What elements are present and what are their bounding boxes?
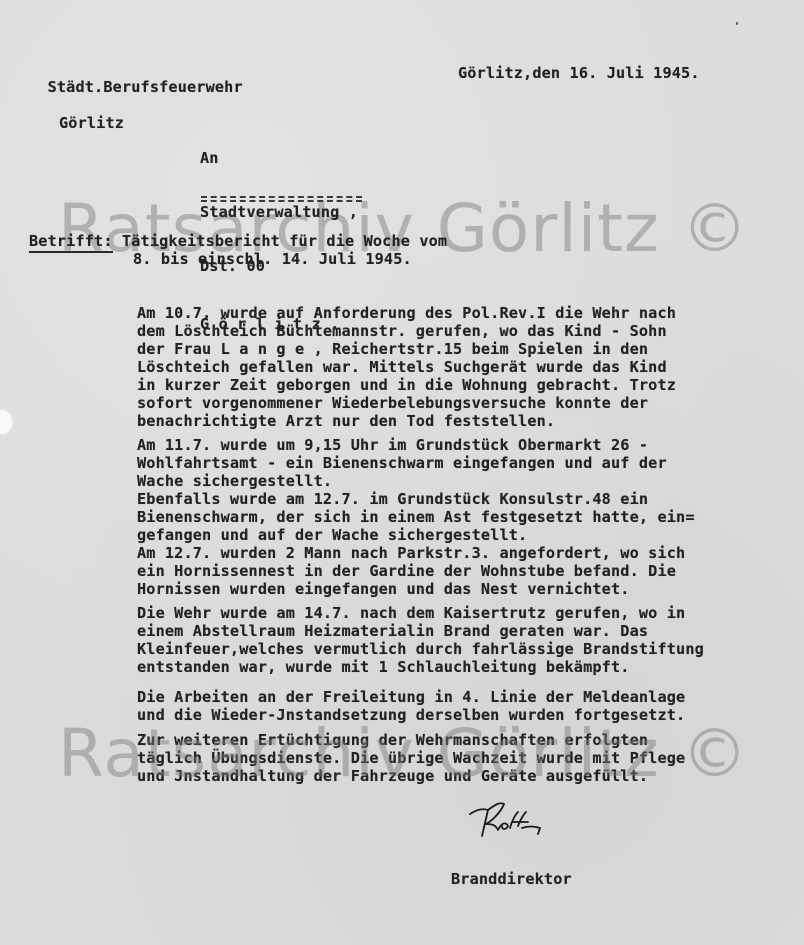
paragraph-line: Am 12.7. wurden 2 Mann nach Parkstr.3. a…	[137, 544, 695, 562]
paragraph-line: täglich Übungsdienste. Die übrige Wachze…	[137, 749, 685, 767]
paragraph-line: und Jnstandhaltung der Fahrzeuge und Ger…	[137, 767, 685, 785]
recipient-name: Stadtverwaltung ,	[200, 203, 358, 221]
paragraph-line: Die Wehr wurde am 14.7. nach dem Kaisert…	[137, 604, 704, 622]
recipient-salutation: An	[200, 149, 358, 167]
paper-speck	[736, 22, 738, 25]
paragraph-line: entstanden war, wurde mit 1 Schlauchleit…	[137, 658, 704, 676]
paragraph-line: Wohlfahrtsamt - ein Bienenschwarm eingef…	[137, 454, 695, 472]
double-underline	[201, 196, 362, 202]
date-line: Görlitz,den 16. Juli 1945.	[458, 64, 700, 82]
paragraph-line: ein Hornissennest in der Gardine der Woh…	[137, 562, 695, 580]
paragraph-line: Ebenfalls wurde am 12.7. im Grundstück K…	[137, 490, 695, 508]
subject-line-1: Tätigkeitsbericht für die Woche vom	[113, 232, 448, 250]
paragraph-line: Bienenschwarm, der sich in einem Ast fes…	[137, 508, 695, 526]
sender-line-1: Städt.Berufsfeuerwehr	[48, 78, 243, 96]
signature-icon	[466, 800, 566, 850]
paragraph-2: Am 11.7. wurde um 9,15 Uhr im Grundstück…	[137, 436, 695, 598]
paragraph-line: und die Wieder-Jnstandsetzung derselben …	[137, 706, 685, 724]
paragraph-line: Am 11.7. wurde um 9,15 Uhr im Grundstück…	[137, 436, 695, 454]
subject-block: Betrifft: Tätigkeitsbericht für die Woch…	[29, 232, 447, 268]
paragraph-line: dem Löschteich Büchtemannstr. gerufen, w…	[137, 322, 676, 340]
paragraph-line: Wache sichergestellt.	[137, 472, 695, 490]
paragraph-line: sofort vorgenommener Wiederbelebungsvers…	[137, 394, 676, 412]
subject-label: Betrifft:	[29, 232, 113, 250]
paragraph-3: Die Wehr wurde am 14.7. nach dem Kaisert…	[137, 604, 704, 676]
paragraph-5: Zur weiteren Ertüchtigung der Wehrmansch…	[137, 731, 685, 785]
paragraph-line: in kurzer Zeit geborgen und in die Wohnu…	[137, 376, 676, 394]
paragraph-line: einem Abstellraum Heizmaterialin Brand g…	[137, 622, 704, 640]
paragraph-line: benachrichtigte Arzt nur den Tod festste…	[137, 412, 676, 430]
paragraph-line: der Frau L a n g e , Reichertstr.15 beim…	[137, 340, 676, 358]
paragraph-line: Am 10.7. wurde auf Anforderung des Pol.R…	[137, 304, 676, 322]
paragraph-line: Hornissen wurden eingefangen und das Nes…	[137, 580, 695, 598]
paragraph-4: Die Arbeiten an der Freileitung in 4. Li…	[137, 688, 685, 724]
paragraph-1: Am 10.7. wurde auf Anforderung des Pol.R…	[137, 304, 676, 430]
paragraph-line: Die Arbeiten an der Freileitung in 4. Li…	[137, 688, 685, 706]
paragraph-line: Zur weiteren Ertüchtigung der Wehrmansch…	[137, 731, 685, 749]
signature-title: Branddirektor	[451, 870, 572, 888]
paragraph-line: Kleinfeuer,welches vermutlich durch fahr…	[137, 640, 704, 658]
paragraph-line: gefangen und auf der Wache sichergestell…	[137, 526, 695, 544]
paragraph-line: Löschteich gefallen war. Mittels Suchger…	[137, 358, 676, 376]
